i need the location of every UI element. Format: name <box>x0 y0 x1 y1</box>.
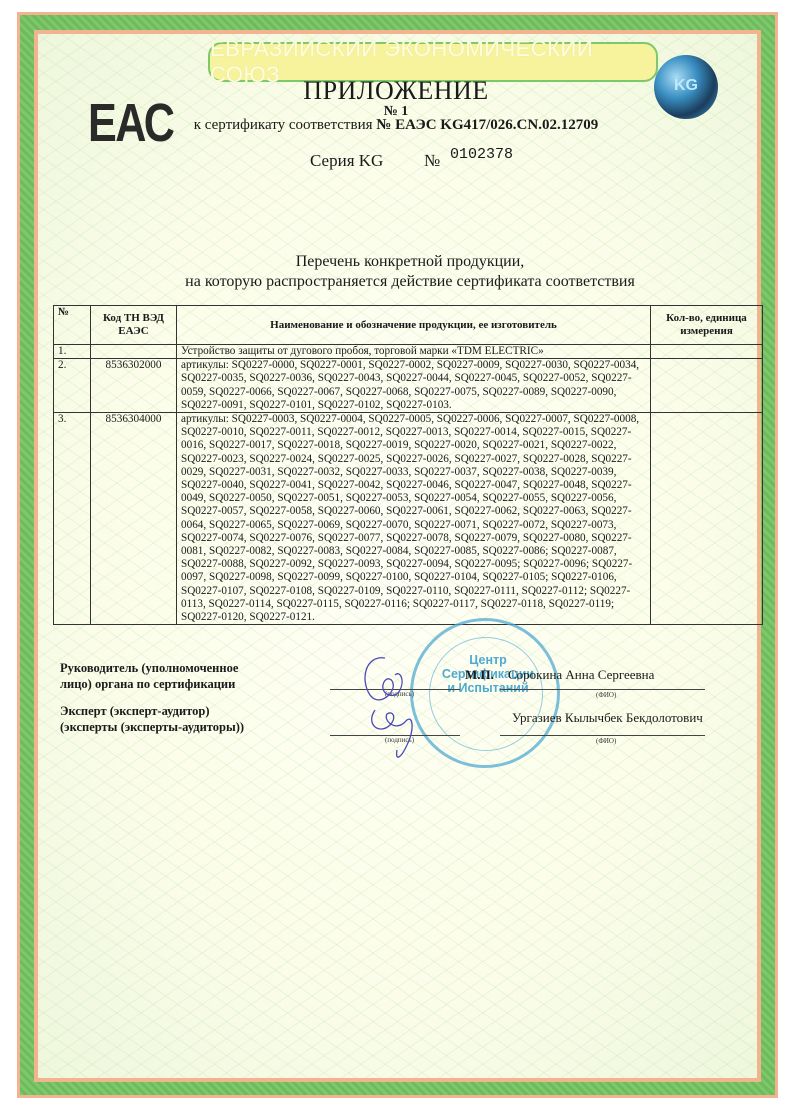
series-number: 0102378 <box>450 146 513 163</box>
expert-label: Эксперт (эксперт-аудитор) (эксперты (экс… <box>60 703 244 735</box>
table-row: 3. 8536304000 артикулы: SQ0227-0003, SQ0… <box>54 413 763 625</box>
table-row: 1. Устройство защиты от дугового пробоя,… <box>54 345 763 359</box>
seal-place-label: М.П. <box>465 667 494 683</box>
row-number: 1. <box>54 345 91 359</box>
row-quantity <box>651 413 763 625</box>
table-header-row: № Код ТН ВЭД ЕАЭС Наименование и обознач… <box>54 306 763 345</box>
head-label-line-1: Руководитель (уполномоченное <box>60 660 238 676</box>
certificate-number: № ЕАЭС KG417/026.CN.02.12709 <box>376 117 598 133</box>
product-table: № Код ТН ВЭД ЕАЭС Наименование и обознач… <box>53 305 763 625</box>
head-of-body-label: Руководитель (уполномоченное лицо) орган… <box>60 660 238 692</box>
document-title: ПРИЛОЖЕНИЕ <box>0 76 792 106</box>
signature-icon <box>355 650 445 765</box>
row-quantity <box>651 359 763 413</box>
head-name-caption: (ФИО) <box>596 691 616 699</box>
row-description: Устройство защиты от дугового пробоя, то… <box>177 345 651 359</box>
row-description: артикулы: SQ0227-0000, SQ0227-0001, SQ02… <box>177 359 651 413</box>
product-list-title: Перечень конкретной продукции, на котору… <box>0 252 792 292</box>
expert-name-line <box>500 735 705 736</box>
row-description: артикулы: SQ0227-0003, SQ0227-0004, SQ02… <box>177 413 651 625</box>
certificate-reference: к сертификату соответствия № ЕАЭС KG417/… <box>0 117 792 134</box>
header-quantity: Кол-во, единица измерения <box>651 306 763 345</box>
row-code: 8536304000 <box>91 413 177 625</box>
head-label-line-2: лицо) органа по сертификации <box>60 676 238 692</box>
head-name-line <box>500 689 705 690</box>
row-code: 8536302000 <box>91 359 177 413</box>
table-row: 2. 8536302000 артикулы: SQ0227-0000, SQ0… <box>54 359 763 413</box>
expert-label-line-1: Эксперт (эксперт-аудитор) <box>60 703 244 719</box>
row-number: 2. <box>54 359 91 413</box>
expert-label-line-2: (эксперты (эксперты-аудиторы)) <box>60 719 244 735</box>
list-title-line-2: на которую распространяется действие сер… <box>0 272 792 292</box>
header-number: № <box>54 306 91 345</box>
row-quantity <box>651 345 763 359</box>
row-code <box>91 345 177 359</box>
row-number: 3. <box>54 413 91 625</box>
expert-name: Ургазиев Кылычбек Бекдолотович <box>512 710 703 726</box>
header-description: Наименование и обозначение продукции, ее… <box>177 306 651 345</box>
expert-name-caption: (ФИО) <box>596 737 616 745</box>
certificate-prefix: к сертификату соответствия <box>194 117 373 133</box>
header-code: Код ТН ВЭД ЕАЭС <box>91 306 177 345</box>
series-label: Серия KG <box>310 151 383 171</box>
series-number-label: № <box>424 151 440 171</box>
head-name: Сорокина Анна Сергеевна <box>508 667 654 683</box>
list-title-line-1: Перечень конкретной продукции, <box>0 252 792 272</box>
